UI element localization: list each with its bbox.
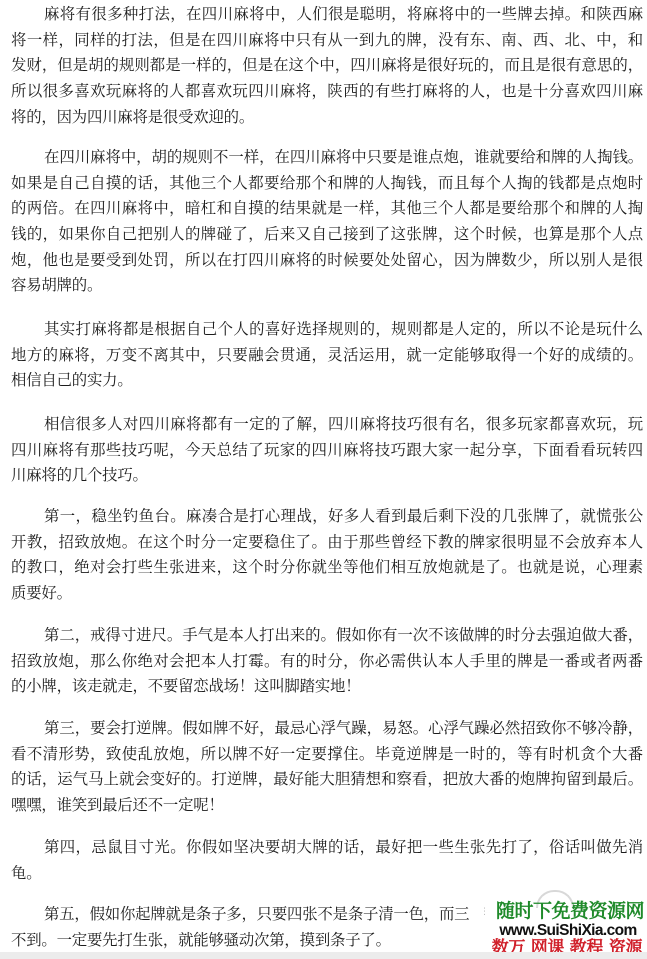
- text-line: 如果是自己自摸的话，其他三个人都要给那个和牌的人掏钱，而且每个人掏的钱都是点炮时: [11, 171, 643, 197]
- watermark-dots-icon: ⋮: [480, 908, 489, 917]
- paragraph-2: 在四川麻将中，胡的规则不一样，在四川麻将中只要是谁点炮，谁就要给和牌的人掏钱。 …: [11, 145, 643, 299]
- text-line: 钱的，如果你自己把别人的牌碰了，后来又自己接到了这张牌，这个时候，也算是那个人点: [11, 222, 643, 248]
- text-line: 嘿嘿，谁笑到最后还不一定呢！: [11, 793, 643, 819]
- text-line: 看不清形势，致使乱放炮，所以牌不好一定要撑住。毕竟逆牌是一时的，等有时机贪个大番: [11, 742, 643, 768]
- text-line: 龟。: [11, 861, 643, 887]
- bottom-bar: [0, 952, 647, 959]
- text-line: 相信很多人对四川麻将都有一定的了解，四川麻将技巧很有名，很多玩家都喜欢玩，玩: [11, 412, 643, 438]
- text-line: 的两倍。在四川麻将中，暗杠和自摸的结果就是一样，其他三个人都是要给那个和牌的人掏: [11, 196, 643, 222]
- paragraph-tip-4: 第四，忌鼠目寸光。你假如坚决要胡大牌的话，最好把一些生张先打了，俗话叫做先消 龟…: [11, 835, 643, 886]
- text-line: 的教口，绝对会打些生张进来，这个时分你就坐等他们相互放炮就是了。也就是说，心理素: [11, 555, 643, 581]
- article-document: 麻将有很多种打法，在四川麻将中，人们很是聪明，将麻将中的一些牌去掉。和陕西麻 将…: [0, 0, 647, 952]
- text-line: 麻将有很多种打法，在四川麻将中，人们很是聪明，将麻将中的一些牌去掉。和陕西麻: [11, 2, 643, 28]
- text-line: 相信自己的实力。: [11, 368, 643, 394]
- paragraph-tip-3: 第三，要会打逆牌。假如牌不好，最忌心浮气躁，易怒。心浮气躁必然招致你不够冷静， …: [11, 716, 643, 819]
- text-line: 的小牌，该走就走，不要留恋战场！这叫脚踏实地！: [11, 674, 643, 700]
- text-line: 第四，忌鼠目寸光。你假如坚决要胡大牌的话，最好把一些生张先打了，俗话叫做先消: [11, 835, 643, 861]
- text-line: 第三，要会打逆牌。假如牌不好，最忌心浮气躁，易怒。心浮气躁必然招致你不够冷静，: [11, 716, 643, 742]
- text-line: 招致放炮，那么你绝对会把本人打霉。有的时分，你必需供认本人手里的牌是一番或者两番: [11, 649, 643, 675]
- text-line: 第一，稳坐钓鱼台。麻凑合是打心理战，好多人看到最后剩下没的几张牌了，就慌张公: [11, 504, 643, 530]
- text-line: 在四川麻将中，胡的规则不一样，在四川麻将中只要是谁点炮，谁就要给和牌的人掏钱。: [11, 145, 643, 171]
- text-line: 容易胡牌的。: [11, 273, 643, 299]
- text-line: 第二，戒得寸进尺。手气是本人打出来的。假如你有一次不该做牌的时分去强迫做大番，: [11, 623, 643, 649]
- text-line: 所以很多喜欢玩麻将的人都喜欢玩四川麻将，陕西的有些打麻将的人，也是十分喜欢四川麻: [11, 79, 643, 105]
- text-line: 将一样，同样的打法，但是在四川麻将中只有从一到九的牌，没有东、南、西、北、中，和: [11, 28, 643, 54]
- text-line: 川麻将的几个技巧。: [11, 463, 643, 489]
- text-line: 将的，因为四川麻将是很受欢迎的。: [11, 105, 643, 131]
- paragraph-1: 麻将有很多种打法，在四川麻将中，人们很是聪明，将麻将中的一些牌去掉。和陕西麻 将…: [11, 2, 643, 130]
- text-line: 地方的麻将，万变不离其中，只要融会贯通，灵活运用，就一定能够取得一个好的成绩的。: [11, 343, 643, 369]
- text-line: 四川麻将有那些技巧呢，今天总结了玩家的四川麻将技巧跟大家一起分享，下面看看玩转四: [11, 438, 643, 464]
- watermark-title: 随时下免费资源网: [492, 902, 647, 921]
- paragraph-tip-1: 第一，稳坐钓鱼台。麻凑合是打心理战，好多人看到最后剩下没的几张牌了，就慌张公 开…: [11, 504, 643, 607]
- text-line: 的话，运气马上就会变好的。打逆牌，最好能大胆猜想和察看，把放大番的炮牌拘留到最后…: [11, 767, 643, 793]
- paragraph-4: 相信很多人对四川麻将都有一定的了解，四川麻将技巧很有名，很多玩家都喜欢玩，玩 四…: [11, 412, 643, 489]
- paragraph-tip-2: 第二，戒得寸进尺。手气是本人打出来的。假如你有一次不该做牌的时分去强迫做大番， …: [11, 623, 643, 700]
- text-line: 其实打麻将都是根据自己个人的喜好选择规则的，规则都是人定的，所以不论是玩什么: [11, 317, 643, 343]
- text-line: 质要好。: [11, 581, 643, 607]
- text-line: 炮，他也是要受到处罚，所以在打四川麻将的时候要处处留心，因为牌数少，所以别人是很: [11, 248, 643, 274]
- paragraph-3: 其实打麻将都是根据自己个人的喜好选择规则的，规则都是人定的，所以不论是玩什么 地…: [11, 317, 643, 394]
- text-line: 发财，但是胡的规则都是一样的，但是在这个中，四川麻将是很好玩的，而且是很有意思的…: [11, 53, 643, 79]
- text-line: 开教，招致放炮。在这个时分一定要稳住了。由于那些曾经下教的牌家很明显不会放弃本人: [11, 530, 643, 556]
- site-watermark: ⋮ 随时下免费资源网 www.SuiShiXia.com 数万 网课 教程 资源: [484, 896, 647, 959]
- watermark-url: www.SuiShiXia.com: [488, 923, 647, 939]
